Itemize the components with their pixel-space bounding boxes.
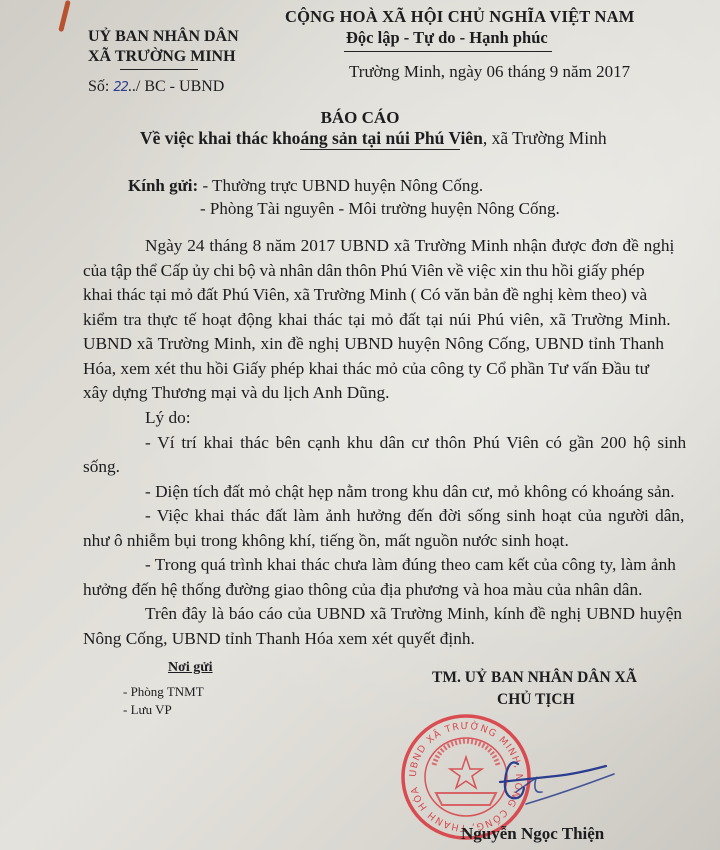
distribution-item: - Phòng TNMT <box>123 684 204 700</box>
reason-3: - Việc khai thác đất làm ảnh hưởng đến đ… <box>145 504 686 529</box>
recipient-2: - Phòng Tài nguyên - Môi trường huyện Nô… <box>200 199 560 219</box>
red-pen-mark <box>58 0 71 32</box>
reason-4: - Trong quá trình khai thác chưa làm đún… <box>145 553 686 578</box>
agency-underline <box>120 69 198 71</box>
distribution-item: - Lưu VP <box>123 702 172 718</box>
recipients-label: Kính gửi: <box>128 176 198 195</box>
document-subject: Về việc khai thác khoáng sản tại núi Phú… <box>140 128 607 149</box>
signer-name: Nguyễn Ngọc Thiện <box>461 824 604 844</box>
signature-title-line-2: CHỦ TỊCH <box>497 691 575 709</box>
reason-2: - Diện tích đất mỏ chật hẹp nằm trong kh… <box>145 480 686 505</box>
signature-icon <box>496 752 616 812</box>
motto-underline <box>344 51 552 53</box>
reason-1: - Ví trí khai thác bên cạnh khu dân cư t… <box>145 431 686 456</box>
national-motto: Độc lập - Tự do - Hạnh phúc <box>346 28 548 48</box>
signature-title-line-1: TM. UỶ BAN NHÂN DÂN XÃ <box>432 669 637 687</box>
reasons-section: Lý do: - Ví trí khai thác bên cạnh khu d… <box>83 406 686 602</box>
national-title: CỘNG HOÀ XÃ HỘI CHỦ NGHĨA VIỆT NAM <box>285 7 635 27</box>
document-number: Số: 22../ BC - UBND <box>88 78 224 96</box>
distribution-title: Nơi gửi <box>168 660 213 676</box>
place-date: Trường Minh, ngày 06 tháng 9 năm 2017 <box>349 62 630 82</box>
agency-header: UỶ BAN NHÂN DÂN XÃ TRƯỜNG MINH <box>88 27 239 67</box>
closing-paragraph: Trên đây là báo cáo của UBND xã Trường M… <box>83 602 682 651</box>
handwritten-number: 22 <box>113 80 128 95</box>
document-title: BÁO CÁO <box>0 108 720 128</box>
reasons-label: Lý do: <box>145 406 686 431</box>
recipient-1: Kính gửi: - Thường trực UBND huyện Nông … <box>128 176 483 196</box>
agency-line-1: UỶ BAN NHÂN DÂN <box>88 27 239 47</box>
agency-line-2: XÃ TRƯỜNG MINH <box>88 47 236 67</box>
paragraph-request: Ngày 24 tháng 8 năm 2017 UBND xã Trường … <box>83 234 674 406</box>
